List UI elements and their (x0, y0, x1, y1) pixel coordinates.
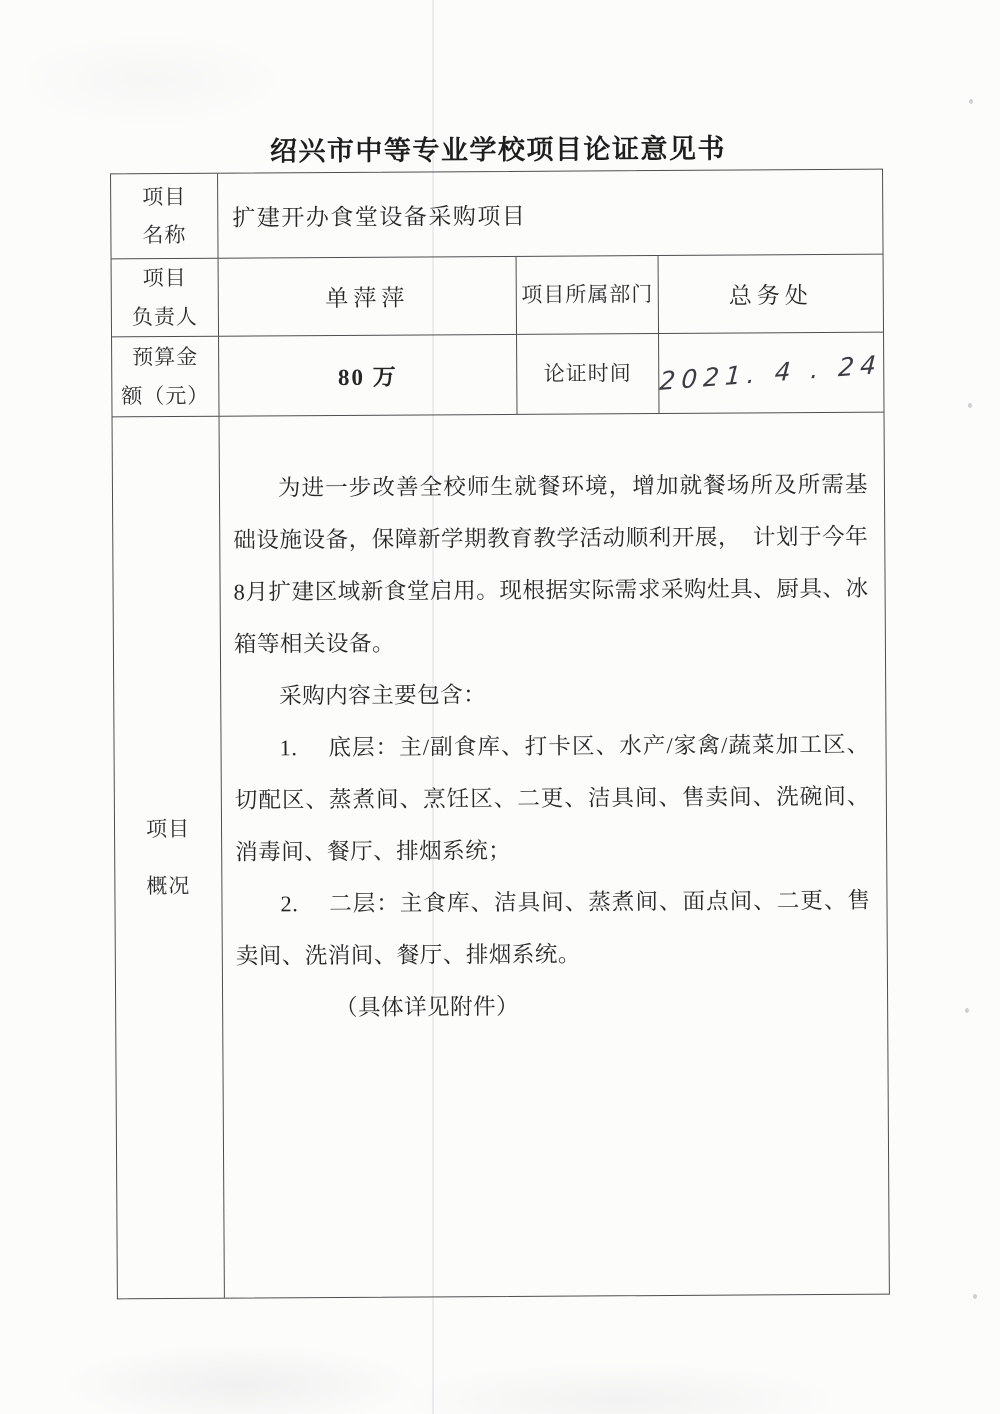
overview-list-item-second-floor: 2. 二层：主食库、洁具间、蒸煮间、面点间、二更、售卖间、洗消间、餐厅、排烟系统… (235, 875, 871, 983)
overview-list-item-ground-floor: 1. 底层：主/副食库、打卡区、水产/家禽/蔬菜加工区、切配区、蒸煮间、烹饪区、… (234, 719, 870, 879)
overview-paragraph-attachment-note: （具体详见附件） (236, 979, 871, 1035)
page-title: 绍兴市中等专业学校项目论证意见书 (0, 125, 998, 170)
label-line: 项目 (142, 184, 186, 211)
label-line: 概况 (146, 872, 190, 899)
label-line: 额（元） (121, 382, 209, 409)
field-label-project-name: 项目 名称 (111, 174, 219, 260)
field-value-project-leader: 单萍萍 (219, 257, 517, 337)
label-line: 负责人 (132, 303, 198, 330)
field-label-project-leader: 项目 负责人 (112, 259, 219, 338)
field-value-project-name: 扩建开办食堂设备采购项目 (218, 170, 883, 259)
field-value-overview: 为进一步改善全校师生就餐环境，增加就餐场所及所需基础设施设备，保障新学期教育教学… (220, 413, 889, 1298)
field-label-department: 项目所属部门 (517, 256, 659, 335)
document-sheet: 绍兴市中等专业学校项目论证意见书 项目 名称 扩建开办食堂设备采购项目 项目 负… (0, 0, 1000, 1414)
label-line: 项目所属部门 (521, 281, 653, 308)
label-line: 论证时间 (544, 361, 632, 388)
scanned-document-page: 绍兴市中等专业学校项目论证意见书 项目 名称 扩建开办食堂设备采购项目 项目 负… (0, 0, 1000, 1414)
field-value-department: 总务处 (659, 255, 883, 334)
field-label-review-date: 论证时间 (517, 334, 659, 415)
handwritten-date: 2021. 4 . 24 (659, 350, 883, 396)
field-value-budget: 80 万 (219, 335, 517, 417)
field-label-budget: 预算金 额（元） (112, 337, 219, 418)
overview-paragraph-contents-heading: 采购内容主要包含： (234, 667, 869, 723)
field-label-overview: 项目 概况 (113, 417, 225, 1299)
label-line: 项目 (146, 816, 190, 843)
overview-paragraph-intro: 为进一步改善全校师生就餐环境，增加就餐场所及所需基础设施设备，保障新学期教育教学… (233, 459, 869, 671)
label-line: 预算金 (132, 344, 198, 371)
field-value-review-date: 2021. 4 . 24 (659, 333, 883, 414)
form-table: 项目 名称 扩建开办食堂设备采购项目 项目 负责人 单萍萍 项目所属部门 总务处… (110, 169, 890, 1300)
label-line: 项目 (143, 265, 187, 292)
label-line: 名称 (142, 222, 186, 249)
